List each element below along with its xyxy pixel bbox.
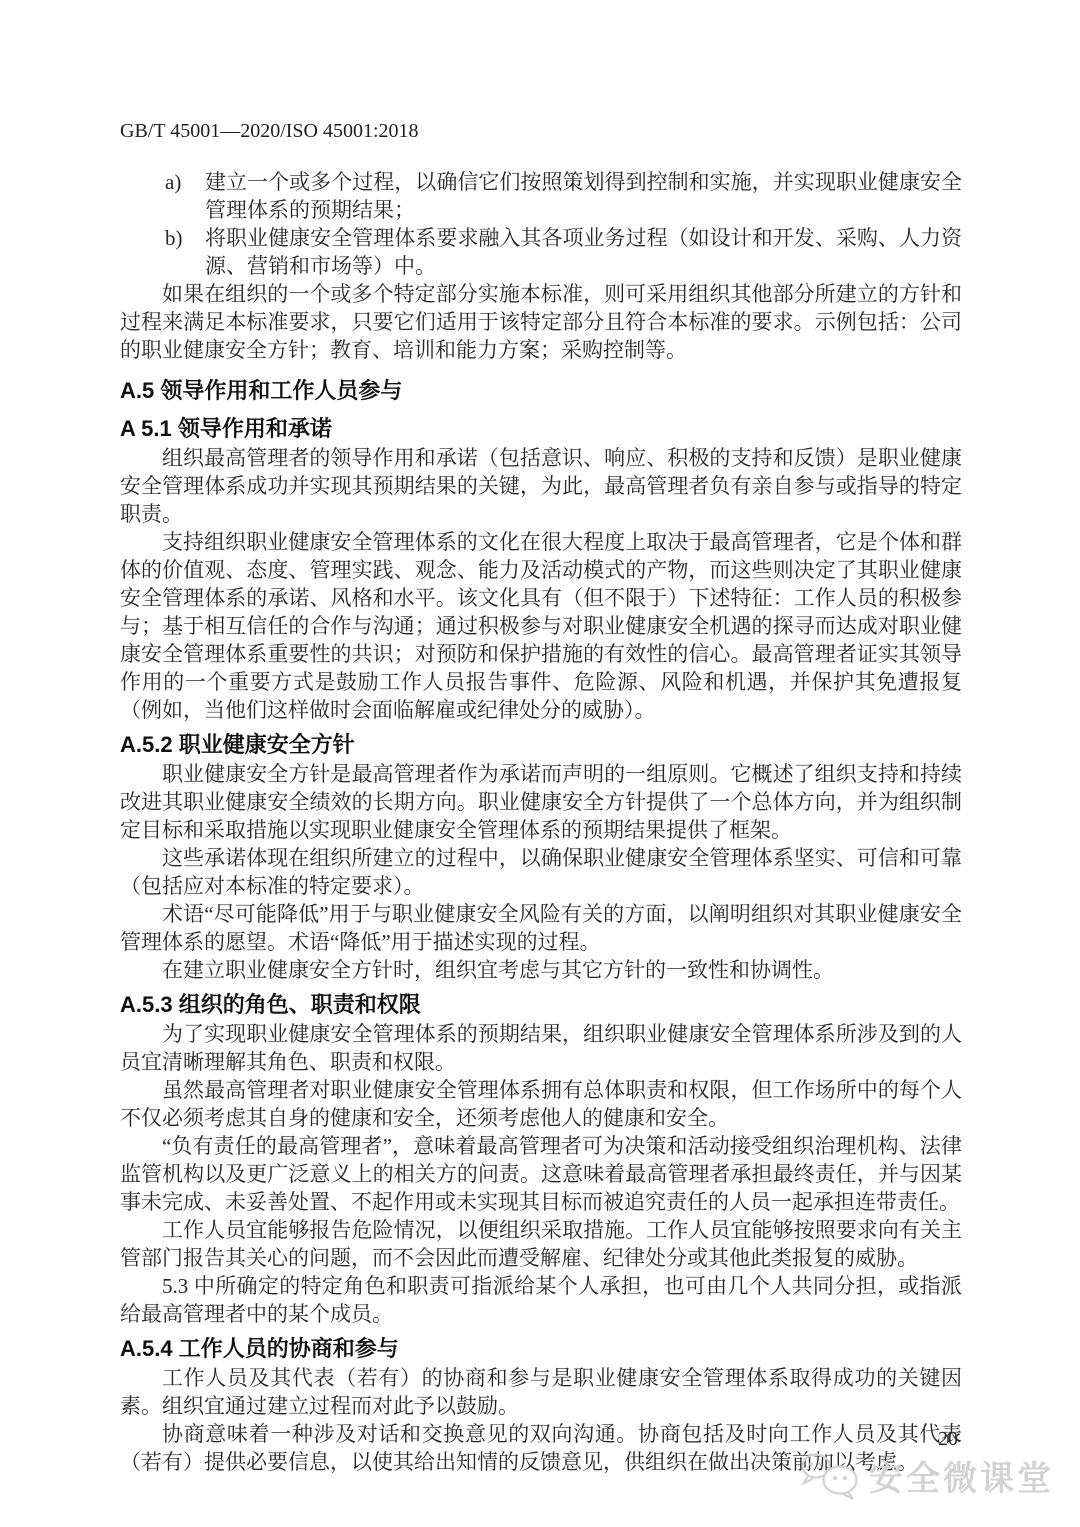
paragraph: 组织最高管理者的领导作用和承诺（包括意识、响应、积极的支持和反馈）是职业健康安全… <box>120 444 962 528</box>
list-marker: a) <box>165 168 205 224</box>
doc-content: GB/T 45001—2020/ISO 45001:2018 a) 建立一个或多… <box>120 118 962 1476</box>
list-item-a: a) 建立一个或多个过程，以确信它们按照策划得到控制和实施，并实现职业健康安全管… <box>165 168 962 224</box>
paragraph: 工作人员宜能够报告危险情况，以便组织采取措施。工作人员宜能够按照要求向有关主管部… <box>120 1216 962 1272</box>
page-number: 20 <box>938 1428 958 1451</box>
section-heading-a54: A.5.4 工作人员的协商和参与 <box>120 1334 962 1364</box>
section-heading-a53: A.5.3 组织的角色、职责和权限 <box>120 990 962 1020</box>
paragraph: 如果在组织的一个或多个特定部分实施本标准，则可采用组织其他部分所建立的方针和过程… <box>120 280 962 364</box>
paragraph: 5.3 中所确定的特定角色和职责可指派给某个人承担，也可由几个人共同分担，或指派… <box>120 1272 962 1328</box>
list-item-b: b) 将职业健康安全管理体系要求融入其各项业务过程（如设计和开发、采购、人力资源… <box>165 224 962 280</box>
doc-number-header: GB/T 45001—2020/ISO 45001:2018 <box>120 118 962 144</box>
document-page: GB/T 45001—2020/ISO 45001:2018 a) 建立一个或多… <box>0 0 1080 1527</box>
list-marker: b) <box>165 224 205 280</box>
section-heading-a51: A 5.1 领导作用和承诺 <box>120 414 962 444</box>
wechat-bubbles-icon <box>797 1450 861 1500</box>
paragraph: 在建立职业健康安全方针时，组织宜考虑与其它方针的一致性和协调性。 <box>120 956 962 984</box>
watermark-text: 安全微课堂 <box>869 1451 1054 1500</box>
section-heading-a52: A.5.2 职业健康安全方针 <box>120 730 962 760</box>
paragraph: “负有责任的最高管理者”，意味着最高管理者可为决策和活动接受组织治理机构、法律监… <box>120 1132 962 1216</box>
paragraph: 术语“尽可能降低”用于与职业健康安全风险有关的方面，以阐明组织对其职业健康安全管… <box>120 900 962 956</box>
list-item-text: 建立一个或多个过程，以确信它们按照策划得到控制和实施，并实现职业健康安全管理体系… <box>205 168 962 224</box>
list-item-text: 将职业健康安全管理体系要求融入其各项业务过程（如设计和开发、采购、人力资源、营销… <box>205 224 962 280</box>
watermark: 安全微课堂 <box>797 1450 1054 1500</box>
paragraph: 工作人员及其代表（若有）的协商和参与是职业健康安全管理体系取得成功的关键因素。组… <box>120 1364 962 1420</box>
paragraph: 支持组织职业健康安全管理体系的文化在很大程度上取决于最高管理者，它是个体和群体的… <box>120 528 962 724</box>
paragraph: 为了实现职业健康安全管理体系的预期结果，组织职业健康安全管理体系所涉及到的人员宜… <box>120 1020 962 1076</box>
section-heading-a5: A.5 领导作用和工作人员参与 <box>120 376 962 406</box>
paragraph: 这些承诺体现在组织所建立的过程中，以确保职业健康安全管理体系坚实、可信和可靠（包… <box>120 844 962 900</box>
paragraph: 虽然最高管理者对职业健康安全管理体系拥有总体职责和权限，但工作场所中的每个人不仅… <box>120 1076 962 1132</box>
paragraph: 职业健康安全方针是最高管理者作为承诺而声明的一组原则。它概述了组织支持和持续改进… <box>120 760 962 844</box>
